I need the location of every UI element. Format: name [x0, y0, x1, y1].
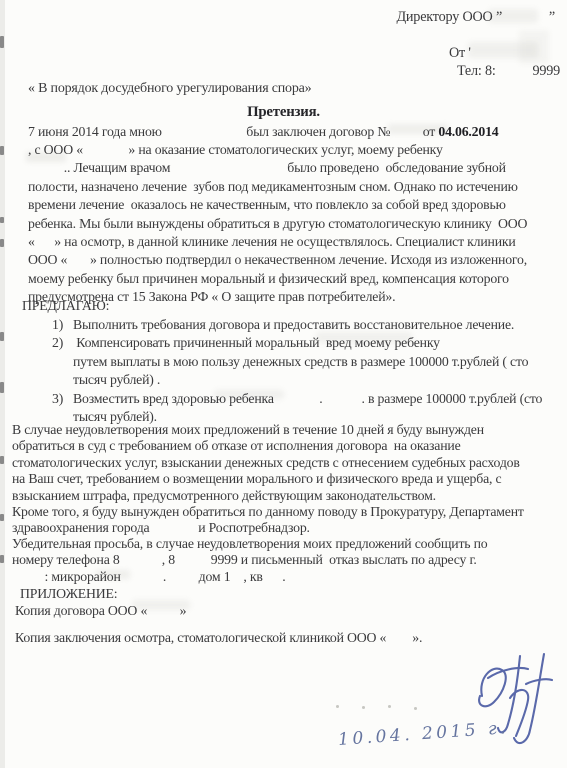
- demands-heading: ПРЕДЛАГАЮ:: [22, 297, 109, 315]
- demand-text: Выполнить требования договора и предоста…: [73, 316, 514, 334]
- erased-text-dot: [414, 707, 417, 710]
- scan-artifact: [0, 514, 4, 521]
- consequences-paragraph: В случае неудовлетворения моих предложен…: [12, 422, 524, 537]
- request-paragraph: Убедительная просьба, в случае неудовлет…: [12, 536, 488, 585]
- redaction-smudge: [519, 30, 549, 64]
- demand-text: Компенсировать причиненный моральный вре…: [73, 334, 528, 389]
- intro-line-text: 7 июня 2014 года мною был заключен догов…: [28, 124, 438, 139]
- attachments-heading: ПРИЛОЖЕНИЕ:: [20, 585, 117, 603]
- intro-body: , с ООО « » на оказание стоматологически…: [28, 141, 527, 307]
- scan-artifact: [0, 382, 4, 393]
- demand-text: Возместить вред здоровью ребенка . . в р…: [73, 390, 542, 427]
- erased-text-dot: [388, 705, 391, 708]
- header-from: От ': [449, 44, 471, 62]
- pre-title: « В порядок досудебного урегулирования с…: [28, 80, 311, 98]
- scan-artifact: [0, 36, 4, 48]
- intro-line: 7 июня 2014 года мною был заключен догов…: [28, 123, 498, 141]
- demand-number: 1): [52, 316, 73, 334]
- demand-number: 3): [52, 390, 73, 427]
- header-recipient: Директору ООО ” ”: [396, 8, 555, 26]
- attachment-item: Копия договора ООО « »: [15, 602, 186, 620]
- scan-artifact: [0, 217, 4, 223]
- demand-item: 2) Компенсировать причиненный моральный …: [52, 334, 542, 389]
- page-title: Претензия.: [0, 103, 567, 121]
- claim-document: Директору ООО ” ” От ' Тел: 8: 9999 « В …: [0, 0, 567, 768]
- contract-date: 04.06.2014: [438, 124, 498, 139]
- scan-artifact: [0, 239, 4, 247]
- scan-artifact: [0, 555, 4, 563]
- attachment-item: Копия заключения осмотра, стоматологичес…: [15, 629, 422, 647]
- header-phone: Тел: 8: 9999: [457, 62, 560, 80]
- scan-artifact: [0, 456, 4, 464]
- erased-text-dot: [362, 706, 365, 709]
- scan-artifact: [0, 146, 4, 155]
- demand-item: 1) Выполнить требования договора и предо…: [52, 316, 542, 334]
- demand-item: 3) Возместить вред здоровью ребенка . . …: [52, 390, 542, 427]
- scan-artifact: [0, 332, 4, 341]
- erased-text-dot: [336, 705, 339, 708]
- demands-list: 1) Выполнить требования договора и предо…: [52, 316, 542, 426]
- demand-number: 2): [52, 334, 73, 389]
